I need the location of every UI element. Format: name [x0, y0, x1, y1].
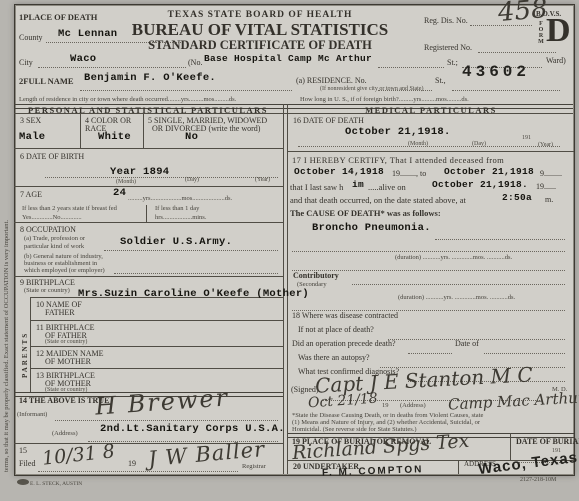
dob-day-caption: (Day): [185, 177, 199, 183]
parents-vertical-label: PARENTS: [21, 332, 29, 378]
marital-label-2: OR DIVORCED (write the word): [152, 124, 260, 133]
secondary-label: (Secondary: [297, 281, 327, 288]
age-label: 7 AGE: [20, 190, 42, 199]
dob-year-caption: (Year): [255, 177, 270, 183]
certify-line-3a: that I last saw h: [290, 182, 343, 192]
where-contracted-label: 18 Where was disease contracted: [292, 311, 398, 320]
dod-year-caption: (Year): [538, 142, 553, 148]
age-value: 24: [113, 187, 126, 199]
burial-date-label: DATE OF BURIAL: [516, 437, 579, 446]
certify-19a: 19........, to: [392, 169, 426, 178]
occupation-b-label-2: business or establishment in: [24, 260, 97, 267]
occupation-b-label-3: which employed (or employer): [24, 267, 105, 274]
informant-label: (Informant): [17, 411, 47, 418]
street-no-prefix: (No.: [188, 58, 202, 67]
physician-address-label: (Address): [400, 402, 426, 409]
cause-of-death-label: The CAUSE OF DEATH* was as follows:: [290, 208, 441, 218]
date-of-death-value: October 21,1918.: [345, 126, 451, 138]
date-of-label: Date of: [455, 339, 479, 348]
occupation-a-label-2: particular kind of work: [24, 243, 84, 250]
registrar-label: Registrar: [242, 463, 266, 470]
nonresident-note: (If nonresident give city or town and St…: [320, 86, 423, 92]
registered-no-label: Registered No.: [424, 43, 472, 52]
medical-section-title: MEDICAL PARTICULARS: [288, 105, 574, 115]
certificate-number-stamp: 43602: [462, 63, 530, 81]
signed-19: 19: [382, 402, 389, 409]
certify-line-4: and that death occurred, on the date sta…: [290, 195, 466, 205]
dob-month-caption: (Month): [116, 179, 136, 185]
st-semicolon-label: St.;: [447, 58, 458, 67]
operation-label: Did an operation precede death?: [292, 339, 396, 348]
duration-1: (duration) ...........yrs. .............…: [395, 254, 512, 261]
certify-time: 2:50a: [502, 192, 532, 203]
city-label: City: [19, 58, 33, 67]
residence-label: (a) RESIDENCE. No.: [296, 76, 367, 85]
race-value: White: [98, 131, 131, 143]
filed-label: Filed: [19, 459, 35, 468]
footnote-3: Homicidal. (See reverse side for State S…: [292, 426, 417, 433]
ward-label: Ward): [546, 56, 566, 65]
age-note-breastfed: If less than 2 years state if breast fed: [22, 205, 117, 212]
place-of-death-heading: 1PLACE OF DEATH: [19, 12, 97, 22]
county-value: Mc Lennan: [58, 28, 117, 40]
cause-of-death-value: Broncho Pneumonia.: [312, 222, 431, 234]
certify-line-1: 17 I HEREBY CERTIFY, That I attended dec…: [292, 155, 504, 165]
father-name-label-2: FATHER: [45, 308, 75, 317]
informant-address-label: (Address): [52, 430, 78, 437]
sex-value: Male: [19, 131, 45, 143]
certify-him-typed: im: [352, 179, 364, 190]
reg-dis-label: Reg. Dis. No.: [424, 16, 468, 25]
dod-day-caption: (Day): [472, 141, 486, 147]
contributory-label: Contributory: [293, 271, 339, 280]
certify-line-3b: .....alive on: [368, 182, 406, 192]
footnote-2: (1) Means and Nature of Injury, and (2) …: [292, 419, 480, 426]
occupation-label: 8 OCCUPATION: [20, 225, 76, 234]
autopsy-label: Was there an autopsy?: [298, 353, 370, 362]
length-residence-note: Length of residence in city or town wher…: [19, 96, 236, 103]
certify-19b: 19......: [536, 182, 556, 191]
age-hrs-mins: hrs..................mins.: [155, 214, 206, 221]
board-title: TEXAS STATE BOARD OF HEALTH: [150, 10, 370, 20]
county-label: County: [19, 33, 43, 42]
dob-label: 6 DATE OF BIRTH: [20, 152, 84, 161]
foreign-birth-note: How long in U. S., if of foreign birth?.…: [300, 96, 469, 103]
age-yes-no: Yes.............No.............: [22, 214, 82, 221]
occupation-a-label-1: (a) Trade, profession or: [24, 235, 85, 242]
certify-from-date: October 14,1918: [294, 166, 384, 177]
personal-section-title: PERSONAL AND STATISTICAL PARTICULARS: [14, 105, 282, 115]
duration-2: (duration) ...........yrs. .............…: [398, 294, 515, 301]
certify-to-date: October 21,1918: [444, 166, 534, 177]
print-code: 2127-218-10M: [520, 477, 556, 483]
printer-mark: E. L. STECK, AUSTIN: [30, 481, 82, 487]
marital-value: No: [185, 131, 198, 143]
dod-191: 191: [522, 135, 531, 141]
full-name-value: Benjamin F. O'Keefe.: [84, 72, 216, 84]
footnote-1: *State the Disease Causing Death, or in …: [292, 412, 483, 419]
city-value: Waco: [70, 53, 96, 65]
full-name-label: 2FULL NAME: [19, 76, 74, 86]
mother-name-label-2: OF MOTHER: [45, 357, 91, 366]
certify-m: m.: [545, 195, 553, 204]
dod-month-caption: (Month): [408, 141, 428, 147]
occupation-b-label-1: (b) General nature of industry,: [24, 253, 103, 260]
father-bp-sub: (State or country): [45, 339, 87, 345]
form-word: FORM: [538, 21, 544, 45]
age-units: .........yrs...................mos......…: [128, 195, 232, 202]
institution-value: Base Hospital Camp Mc Arthur: [204, 53, 372, 64]
sex-label: 3 SEX: [20, 116, 41, 125]
date-of-death-label: 16 DATE OF DEATH: [293, 116, 364, 125]
stamp-smudge: [17, 479, 29, 485]
margin-side-note: terms, so that it may be properly classi…: [3, 7, 10, 472]
filed-number: 15: [19, 446, 27, 455]
certify-9: 9.........: [540, 169, 562, 178]
st-comma-label: St.,: [435, 76, 446, 85]
undertaker-stamp: F. M. COMPTON: [322, 464, 424, 479]
birthplace-sub: (State or country): [24, 287, 70, 294]
birthplace-label: 9 BIRTHPLACE: [20, 278, 75, 287]
age-note-oneday: If less than 1 day: [155, 205, 199, 212]
if-not-label: If not at place of death?: [298, 325, 374, 334]
birthplace-value: Mrs.Suzin Caroline O'Keefe (Mother): [78, 288, 309, 300]
certify-last-date: October 21,1918.: [432, 179, 528, 190]
